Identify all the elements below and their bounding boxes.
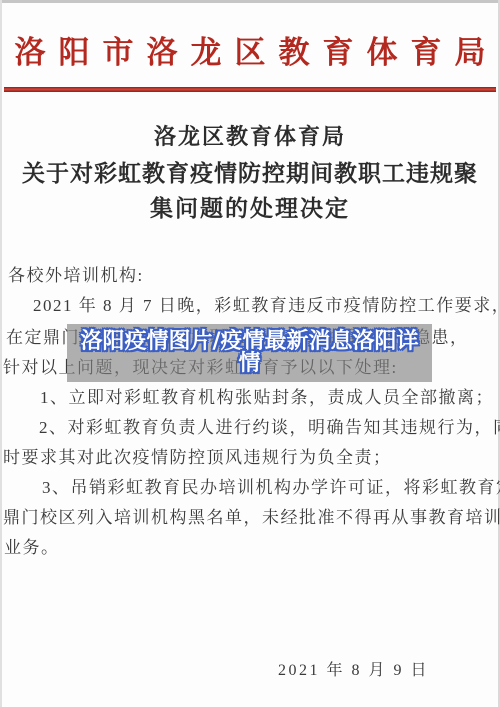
decision-item-2-line-1: 2、对彩虹教育负责人进行约谈，明确告知其违规行为，同 xyxy=(39,418,500,438)
letterhead-agency-name: 洛阳市洛龙区教育体育局 xyxy=(0,27,500,72)
doc-title-subject-line-1: 关于对彩虹教育疫情防控期间教职工违规聚 xyxy=(0,161,500,186)
doc-title-issuer: 洛龙区教育体育局 xyxy=(0,125,500,149)
letterhead-divider-rule xyxy=(4,87,496,92)
decision-item-3-line-3: 业务。 xyxy=(4,538,60,558)
decision-item-2-line-2: 时要求其对此次疫情防控顶风违规行为负全责； xyxy=(3,448,392,468)
watermark-overlay: 洛阳疫情图片/疫情最新消息洛阳详 情 xyxy=(67,324,432,382)
document-photo: 洛阳市洛龙区教育体育局 洛龙区教育体育局 关于对彩虹教育疫情防控期间教职工违规聚… xyxy=(0,0,500,707)
paragraph-line-1: 2021 年 8 月 7 日晚，彩虹教育违反市疫情防控工作要求， xyxy=(33,296,500,316)
watermark-text-line-2: 情 xyxy=(238,352,260,376)
salutation-line: 各校外培训机构: xyxy=(8,266,144,286)
photo-edge-left xyxy=(0,0,2,707)
decision-item-3-line-2: 鼎门校区列入培训机构黑名单，未经批准不得再从事教育培训 xyxy=(3,508,500,528)
issue-date: 2021 年 8 月 9 日 xyxy=(278,661,429,680)
photo-edge-top xyxy=(0,0,500,3)
doc-title-subject-line-2: 集问题的处理决定 xyxy=(0,196,500,221)
decision-item-1: 1、立即对彩虹教育机构张贴封条，责成人员全部撤离； xyxy=(40,388,494,408)
decision-item-3-line-1: 3、吊销彩虹教育民办培训机构办学许可证，将彩虹教育定 xyxy=(42,478,500,498)
